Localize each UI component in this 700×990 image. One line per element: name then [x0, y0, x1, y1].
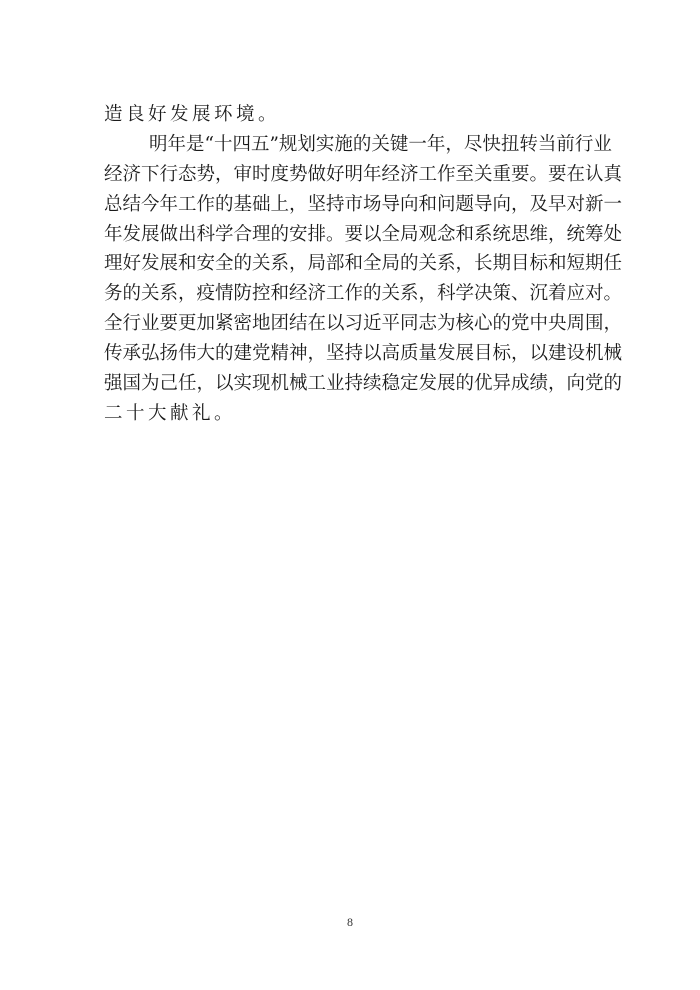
paragraph-2-line-5: 理好发展和安全的关系，局部和全局的关系，长期目标和短期任 — [104, 249, 600, 279]
document-page: 造良好发展环境。 明年是“十四五”规划实施的关键一年，尽快扭转当前行业 经济下行… — [0, 0, 700, 990]
paragraph-2-line-2: 经济下行态势，审时度势做好明年经济工作至关重要。要在认真 — [104, 160, 600, 190]
paragraph-2-line-3: 总结今年工作的基础上，坚持市场导向和问题导向，及早对新一 — [104, 190, 600, 220]
paragraph-2-line-4: 年发展做出科学合理的安排。要以全局观念和系统思维，统筹处 — [104, 220, 600, 250]
body-text: 造良好发展环境。 明年是“十四五”规划实施的关键一年，尽快扭转当前行业 经济下行… — [104, 100, 600, 429]
page-number: 8 — [0, 915, 700, 930]
paragraph-2-line-8: 传承弘扬伟大的建党精神，坚持以高质量发展目标，以建设机械 — [104, 339, 600, 369]
paragraph-2-line-10: 二十大献礼。 — [104, 399, 600, 429]
paragraph-2-line-7: 全行业要更加紧密地团结在以习近平同志为核心的党中央周围， — [104, 309, 600, 339]
paragraph-2-line-6: 务的关系，疫情防控和经济工作的关系，科学决策、沉着应对。 — [104, 279, 600, 309]
paragraph-2-line-9: 强国为己任，以实现机械工业持续稳定发展的优异成绩，向党的 — [104, 369, 600, 399]
paragraph-1-line-1: 造良好发展环境。 — [104, 100, 600, 130]
paragraph-2-line-1: 明年是“十四五”规划实施的关键一年，尽快扭转当前行业 — [104, 130, 600, 160]
